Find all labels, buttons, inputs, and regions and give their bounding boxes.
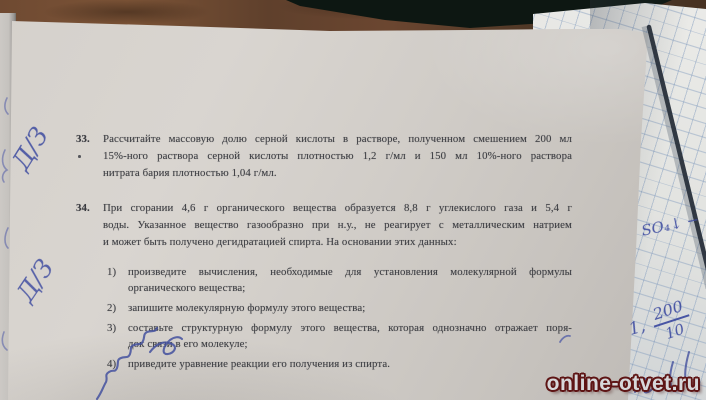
problem-body: Рассчитайте массовую долю серной кислоты… bbox=[103, 131, 572, 182]
text-line: запишите молекулярную формулу этого веще… bbox=[128, 300, 572, 316]
text-line: Рассчитайте массовую долю серной кислоты… bbox=[103, 131, 572, 148]
text-line: При сгорании 4,6 г органического веществ… bbox=[103, 200, 572, 217]
subtask-4: 4) приведите уравнение реакции его получ… bbox=[107, 356, 572, 372]
text-line: воды. Указанное вещество газообразно при… bbox=[103, 217, 572, 234]
text-line: приведите уравнение реакции его получени… bbox=[128, 356, 572, 372]
subtask-body: произведите вычисления, необходимые для … bbox=[128, 264, 572, 297]
subtask-list: 1) произведите вычисления, необходимые д… bbox=[107, 264, 572, 372]
photo-scene: 33. Рассчитайте массовую долю серной кис… bbox=[0, 0, 706, 400]
text-line: и может быть получено дегидратацией спир… bbox=[103, 234, 572, 251]
subtask-2: 2) запишите молекулярную формулу этого в… bbox=[107, 300, 572, 316]
subtask-marker: 2) bbox=[107, 300, 128, 316]
subtask-body: приведите уравнение реакции его получени… bbox=[128, 356, 572, 372]
subtask-marker: 3) bbox=[107, 320, 128, 353]
text-line: произведите вычисления, необходимые для … bbox=[128, 264, 572, 280]
text-line: нитрата бария плотностью 1,04 г/мл. bbox=[103, 165, 572, 182]
problem-33: 33. Рассчитайте массовую долю серной кис… bbox=[76, 131, 572, 182]
subtask-body: составьте структурную формулу этого веще… bbox=[128, 320, 572, 353]
problem-34: 34. При сгорании 4,6 г органического вещ… bbox=[76, 200, 572, 251]
subtask-marker: 4) bbox=[107, 356, 128, 372]
print-speck bbox=[78, 155, 81, 158]
subtask-3: 3) составьте структурную формулу этого в… bbox=[107, 320, 572, 353]
site-watermark: online-otvet.ru bbox=[547, 372, 700, 396]
text-line: 15%-ного раствора серной кислоты плотнос… bbox=[103, 148, 572, 165]
subtask-1: 1) произведите вычисления, необходимые д… bbox=[107, 264, 572, 297]
problem-number: 34. bbox=[76, 200, 103, 251]
problems-text: 33. Рассчитайте массовую долю серной кис… bbox=[76, 131, 572, 376]
text-line: составьте структурную формулу этого веще… bbox=[128, 320, 572, 336]
subtask-body: запишите молекулярную формулу этого веще… bbox=[128, 300, 572, 316]
text-line: органического вещества; bbox=[128, 280, 572, 296]
text-line: док связи в его молекуле; bbox=[128, 336, 572, 352]
subtask-marker: 1) bbox=[107, 264, 128, 297]
problem-body: При сгорании 4,6 г органического веществ… bbox=[103, 200, 572, 251]
